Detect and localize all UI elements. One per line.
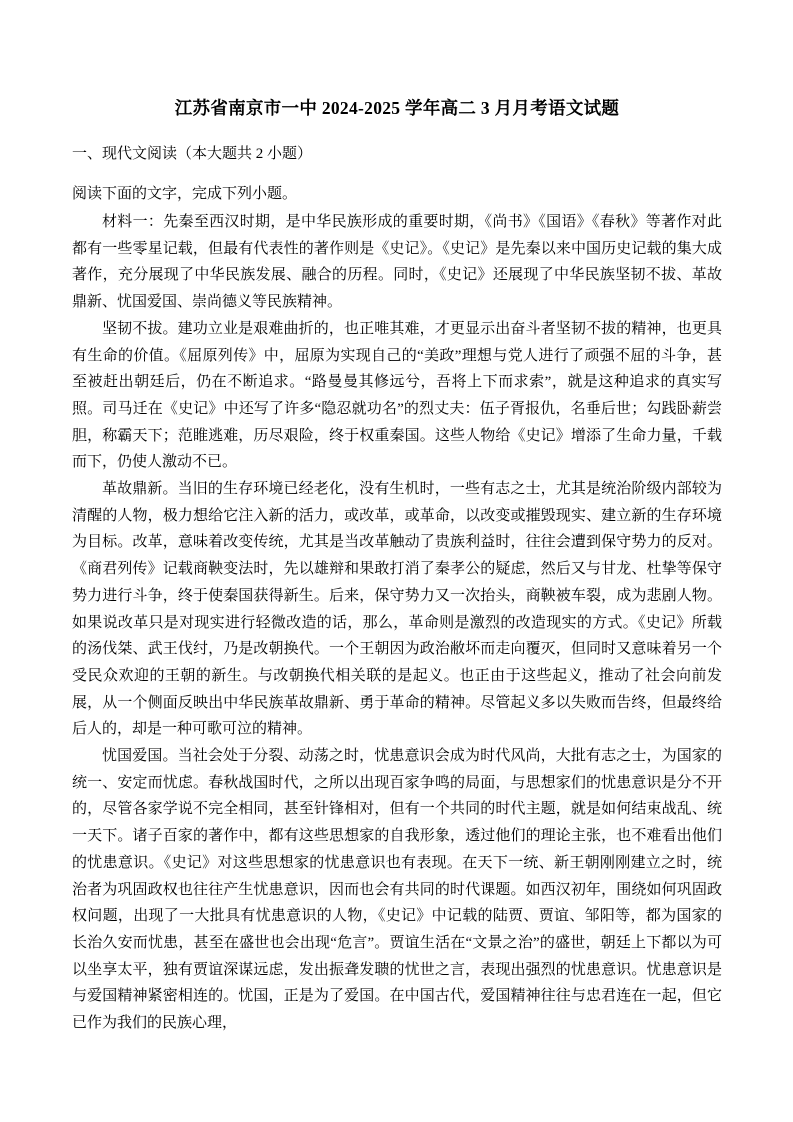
- section-heading-modern-text-reading: 一、现代文阅读（本大题共 2 小题）: [72, 145, 722, 164]
- reading-prompt: 阅读下面的文字，完成下列小题。: [72, 185, 722, 204]
- material-one-body: 材料一：先秦至西汉时期，是中华民族形成的重要时期，《尚书》《国语》《春秋》等著作…: [72, 209, 722, 1037]
- exam-paper-page: 江苏省南京市一中 2024-2025 学年高二 3 月月考语文试题 一、现代文阅…: [0, 0, 793, 1122]
- page-title: 江苏省南京市一中 2024-2025 学年高二 3 月月考语文试题: [72, 97, 722, 119]
- paragraph-material-intro: 材料一：先秦至西汉时期，是中华民族形成的重要时期，《尚书》《国语》《春秋》等著作…: [72, 209, 722, 316]
- paragraph-reform-innovation: 革故鼎新。当旧的生存环境已经老化，没有生机时，一些有志之士，尤其是统治阶级内部较…: [72, 476, 722, 743]
- paragraph-patriotic-worry: 忧国爱国。当社会处于分裂、动荡之时，忧患意识会成为时代风尚，大批有志之士，为国家…: [72, 743, 722, 1037]
- paragraph-perseverance: 坚韧不拔。建功立业是艰难曲折的，也正唯其难，才更显示出奋斗者坚韧不拔的精神，也更…: [72, 316, 722, 476]
